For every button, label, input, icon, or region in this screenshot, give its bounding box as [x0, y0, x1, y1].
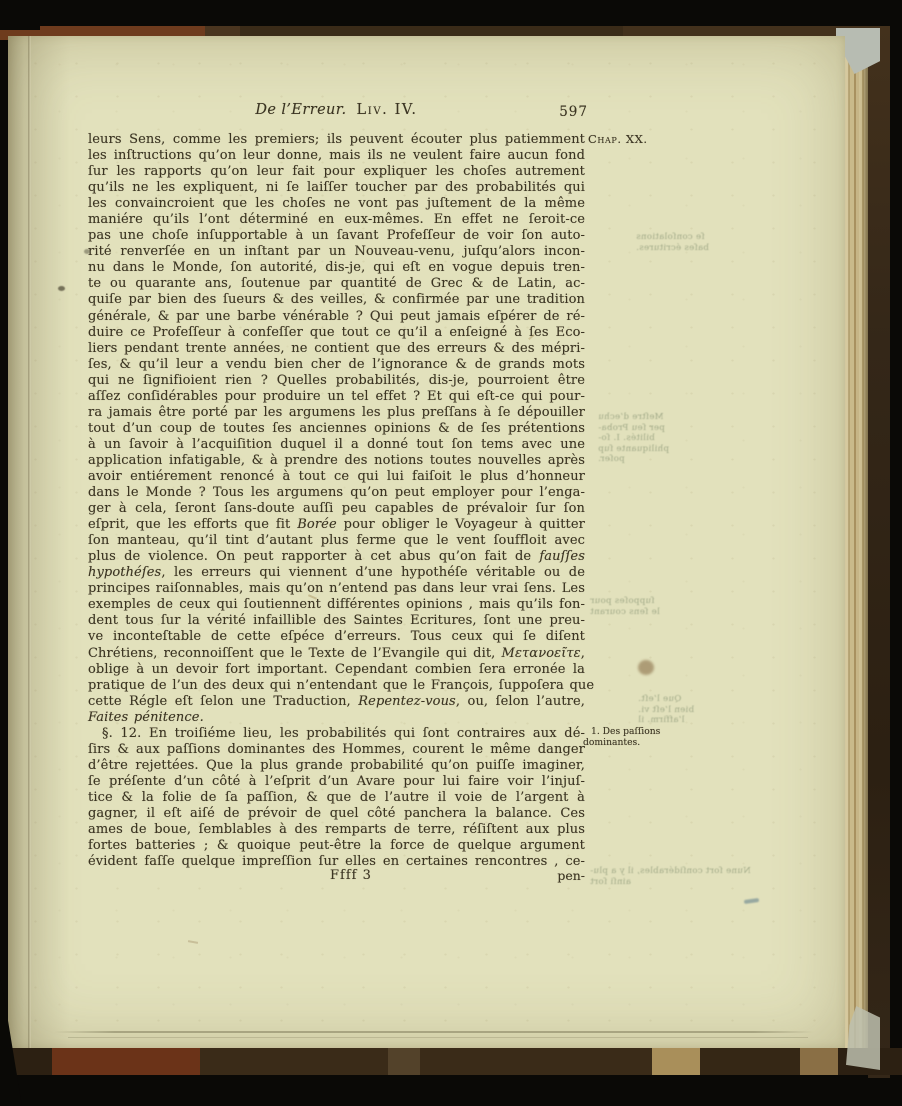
book-cover-bottom-edge [0, 1048, 902, 1075]
text-line: maniére qu’ils l’ont déterminé en eux-mê… [88, 212, 585, 228]
text-line: hypothéſes, les erreurs qui viennent d’u… [88, 565, 585, 581]
text-line: ſirs & aux paſſions dominantes des Homme… [88, 742, 585, 758]
show-through-text: Que l’eſt.bien l’eſt vi.l’affirm. il [638, 694, 698, 726]
text-line: fortes batteries ; & quoique peut-être l… [88, 838, 585, 854]
show-through-text: ſuppoſes pourle ſens courant [590, 596, 662, 617]
text-line: à un ſavoir à l’acquiſition duquel il a … [88, 437, 585, 453]
show-through-text: ſe conſolationsbaſes écritures. [636, 232, 716, 253]
book-cover-right-edge [868, 28, 890, 1078]
text-line: les inſtructions qu’on leur donne, mais … [88, 148, 585, 164]
text-line: ſon manteau, qu’il tint d’autant plus fe… [88, 533, 585, 549]
signature-row: Ffff 3 pen- [88, 868, 585, 885]
text-line: qu’ils ne les expliquent, ni ſe laiſſer … [88, 180, 585, 196]
paper-fiber [188, 940, 198, 944]
show-through-text: Nune ſort conſidérables, il y a plu-ainſ… [590, 866, 840, 887]
text-line: Faites pénitence. [88, 710, 585, 726]
text-line: tout d’un coup de toutes ſes anciennes o… [88, 421, 585, 437]
text-line: ſur les rapports qu’on leur fait pour ex… [88, 164, 585, 180]
text-line: quiſe par bien des ſueurs & des veilles,… [88, 292, 585, 308]
page-number: 597 [88, 104, 588, 120]
body-text: leurs Sens, comme les premiers; ils peuv… [88, 132, 585, 870]
margin-mark [58, 286, 65, 291]
text-line: pratique de l’un des deux qui n’entendan… [88, 678, 585, 694]
side-margin-note: 1. Des paſſions dominantes. [583, 726, 669, 748]
under-page-edge-line [68, 1037, 808, 1038]
gathering-signature: Ffff 3 [330, 868, 372, 883]
text-line: ſes, & qu’il leur a vendu bien cher de l… [88, 357, 585, 373]
text-line: §. 12. En troiſiéme lieu, les probabilit… [88, 726, 585, 742]
blue-speck [744, 898, 759, 904]
text-line: leurs Sens, comme les premiers; ils peuv… [88, 132, 585, 148]
text-line: plus de violence. On peut rapporter à ce… [88, 549, 585, 565]
text-line: avoir entiérement renoncé à tout ce qui … [88, 469, 585, 485]
gutter-crease [28, 36, 31, 1048]
text-line: gagner, il eſt aiſé de prévoir de quel c… [88, 806, 585, 822]
book-scan-photo: De l’Erreur.Liv. IV. 597 Chap. XX. leurs… [0, 0, 902, 1106]
text-line: dans le Monde ? Tous les argumens qu’on … [88, 485, 585, 501]
text-line: eſprit, que les efforts que fit Borée po… [88, 517, 585, 533]
text-line: te ou quarante ans, ſoutenue par quantit… [88, 276, 585, 292]
text-line: générale, & par une barbe vénérable ? Qu… [88, 309, 585, 325]
text-line: cette Régle eſt ſelon une Traduction, Re… [88, 694, 585, 710]
text-line: application infatigable, & à prendre des… [88, 453, 585, 469]
text-line: dent tous ſur la vérité infaillible des … [88, 613, 585, 629]
under-page-edge-line [54, 1031, 814, 1033]
text-line: rité renverſée en un inſtant par un Nouv… [88, 244, 585, 260]
text-line: ſe préſente d’un côté à l’eſprit d’un Av… [88, 774, 585, 790]
chapter-margin-note: Chap. XX. [588, 132, 648, 146]
catchword: pen- [557, 868, 585, 883]
text-line: principes raiſonnables, mais qu’on n’ent… [88, 581, 585, 597]
text-line: exemples de ceux qui ſoutiennent différe… [88, 597, 585, 613]
background-notch [0, 0, 40, 30]
text-line: tice & la folie de ſa paſſion, & que de … [88, 790, 585, 806]
text-line: Chrétiens, reconnoiſſent que le Texte de… [88, 646, 585, 662]
text-line: oblige à un devoir fort important. Cepen… [88, 662, 585, 678]
text-line: aſſez conſidérables pour produire un tel… [88, 389, 585, 405]
paper-speck [84, 249, 90, 254]
text-line: duire ce Profeſſeur à confeſſer que tout… [88, 325, 585, 341]
book-page: De l’Erreur.Liv. IV. 597 Chap. XX. leurs… [8, 36, 845, 1048]
ink-smudge [638, 660, 654, 675]
text-line: ve inconteſtable de cette eſpéce d’erreu… [88, 629, 585, 645]
side-note-line1: 1. Des paſſions [583, 726, 669, 737]
text-line: nu dans le Monde, ſon autorité, dis-je, … [88, 260, 585, 276]
gutter-shadow [8, 36, 78, 1048]
text-line: liers pendant trente années, ne contient… [88, 341, 585, 357]
page-fore-edge-stack [845, 34, 868, 1054]
text-line: qui ne ſignifioient rien ? Quelles proba… [88, 373, 585, 389]
text-line: ger à cela, ſeront ſans-doute auſſi peu … [88, 501, 585, 517]
text-line: ames de boue, ſemblables à des remparts … [88, 822, 585, 838]
text-line: les convaincroient que les choſes ne von… [88, 196, 585, 212]
show-through-text: Meſtre d’echuper ſeu Proba-bilités. I. ſ… [598, 412, 698, 465]
side-note-line2: dominantes. [583, 737, 669, 748]
text-line: pas une choſe inſupportable à un ſavant … [88, 228, 585, 244]
text-line: d’être rejettées. Que la plus grande pro… [88, 758, 585, 774]
text-line: ra jamais être porté par les argumens le… [88, 405, 585, 421]
